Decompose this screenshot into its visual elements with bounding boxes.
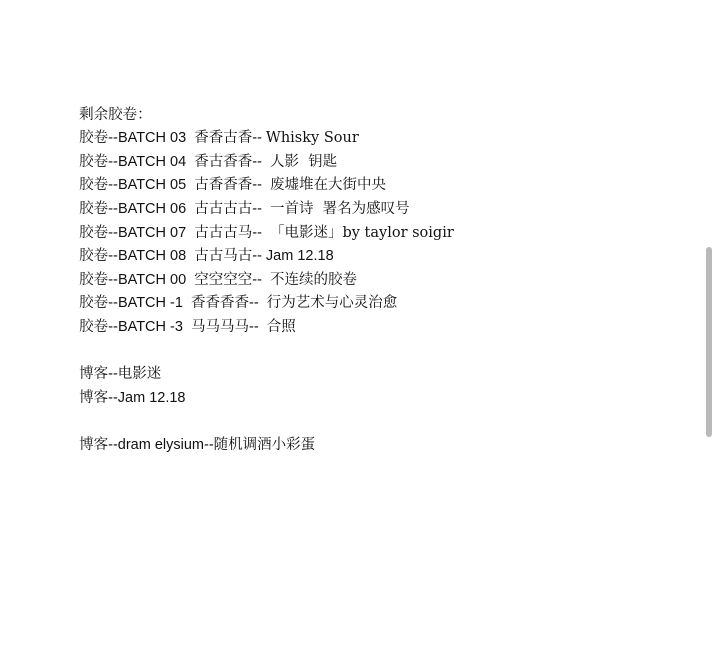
roll-code: 古古古马 xyxy=(194,225,252,241)
roll-prefix: 胶卷-- xyxy=(79,154,118,170)
roll-sep: -- xyxy=(249,295,267,311)
roll-note: Whisky Sour xyxy=(266,130,359,146)
heading-remaining-film: 剩余胶卷： xyxy=(63,80,454,104)
roll-batch: BATCH -1 xyxy=(118,295,183,311)
roll-sep: -- xyxy=(252,130,266,146)
roll-prefix: 胶卷-- xyxy=(79,248,118,264)
roll-sep: -- xyxy=(252,272,270,288)
roll-batch: BATCH 08 xyxy=(118,248,186,264)
roll-batch: BATCH 00 xyxy=(118,272,186,288)
roll-note: 行为艺术与心灵治愈 xyxy=(267,295,398,311)
roll-code: 古古古古 xyxy=(194,201,252,217)
roll-batch: BATCH 06 xyxy=(118,201,186,217)
blog-text: 博客--Jam 12.18 xyxy=(79,390,185,406)
roll-prefix: 胶卷-- xyxy=(79,272,118,288)
roll-note: 「电影迷」by taylor soigir xyxy=(270,225,454,241)
roll-note: 人影 钥匙 xyxy=(270,154,337,170)
roll-prefix: 胶卷-- xyxy=(79,201,118,217)
roll-prefix: 胶卷-- xyxy=(79,177,118,193)
document-body: 剩余胶卷： 胶卷--BATCH 03 香香古香-- Whisky Sour 胶卷… xyxy=(63,80,454,434)
blog-text: 博客--电影迷 xyxy=(79,366,161,382)
roll-code: 香香香香 xyxy=(191,295,249,311)
roll-note: 一首诗 署名为感叹号 xyxy=(270,201,410,217)
roll-code: 古香香香 xyxy=(194,177,252,193)
roll-sep: -- xyxy=(249,319,267,335)
roll-batch: BATCH -3 xyxy=(118,319,183,335)
blog-item: 博客--电影迷 xyxy=(63,340,454,364)
heading-text: 剩余胶卷： xyxy=(79,107,152,123)
roll-batch: BATCH 05 xyxy=(118,177,186,193)
roll-prefix: 胶卷-- xyxy=(79,319,118,335)
roll-sep: -- xyxy=(252,177,270,193)
blog-item-extra: 博客--dram elysium--随机调酒小彩蛋 xyxy=(63,410,454,434)
roll-prefix: 胶卷-- xyxy=(79,130,118,146)
roll-code: 古古马古 xyxy=(194,248,252,264)
vertical-scrollbar-thumb[interactable] xyxy=(706,247,712,437)
roll-code: 香古香香 xyxy=(194,154,252,170)
roll-batch: BATCH 03 xyxy=(118,130,186,146)
roll-batch: BATCH 04 xyxy=(118,154,186,170)
roll-note: 不连续的胶卷 xyxy=(270,272,357,288)
blog-extra-text: 博客--dram elysium--随机调酒小彩蛋 xyxy=(79,437,315,453)
roll-sep: -- xyxy=(252,201,270,217)
roll-prefix: 胶卷-- xyxy=(79,225,118,241)
roll-note: 合照 xyxy=(267,319,296,335)
roll-sep: -- xyxy=(252,154,270,170)
roll-sep: -- xyxy=(252,225,270,241)
roll-sep: -- xyxy=(252,248,266,264)
roll-note: 废墟堆在大街中央 xyxy=(270,177,386,193)
roll-code: 香香古香 xyxy=(194,130,252,146)
roll-batch: BATCH 07 xyxy=(118,225,186,241)
roll-prefix: 胶卷-- xyxy=(79,295,118,311)
roll-note: Jam 12.18 xyxy=(266,248,334,264)
roll-code: 马马马马 xyxy=(191,319,249,335)
roll-code: 空空空空 xyxy=(194,272,252,288)
